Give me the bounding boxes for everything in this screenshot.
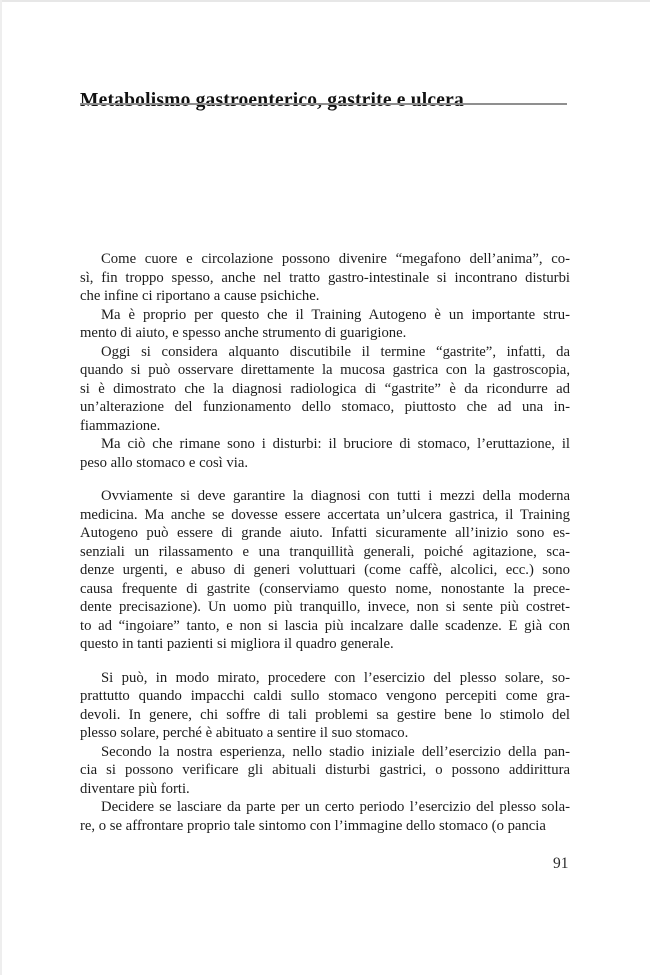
text-line: denze urgenti, e abuso di generi voluttu… [80,561,570,580]
text-line: diventare più forti. [80,780,570,799]
paragraph: Come cuore e circolazione possono diveni… [80,250,570,306]
paragraph: Ovviamente si deve garantire la diagnosi… [80,487,570,654]
text-line: Ovviamente si deve garantire la diagnosi… [80,487,570,506]
text-line: dente precisazione). Un uomo più tranqui… [80,598,570,617]
text-line: Decidere se lasciare da parte per un cer… [80,798,570,817]
book-page: Metabolismo gastroenterico, gastrite e u… [0,0,650,975]
paragraph: Decidere se lasciare da parte per un cer… [80,798,570,835]
text-line: sì, fin troppo spesso, anche nel tratto … [80,269,570,288]
text-line: Ma ciò che rimane sono i disturbi: il br… [80,435,570,454]
body-text: Come cuore e circolazione possono diveni… [80,250,570,835]
scan-edge-top [0,0,650,2]
page-number: 91 [553,855,569,873]
scan-edge-left [0,0,2,975]
paragraph: Ma è proprio per questo che il Training … [80,306,570,343]
text-line: plesso solare, perché è abituato a senti… [80,724,570,743]
paragraph: Ma ciò che rimane sono i disturbi: il br… [80,435,570,472]
text-line: che infine ci riportano a cause psichich… [80,287,570,306]
text-line: quando si può osservare direttamente la … [80,361,570,380]
text-line: Oggi si considera alquanto discutibile i… [80,343,570,362]
text-line: Secondo la nostra esperienza, nello stad… [80,743,570,762]
text-line: Autogeno può essere di grande aiuto. Inf… [80,524,570,543]
text-line: fiammazione. [80,417,570,436]
text-line: re, o se affrontare proprio tale sintomo… [80,817,570,836]
paragraph: Si può, in modo mirato, procedere con l’… [80,669,570,743]
text-line: Come cuore e circolazione possono diveni… [80,250,570,269]
text-line: un’alterazione del funzionamento dello s… [80,398,570,417]
text-line: senziali un rilassamento e una tranquill… [80,543,570,562]
paragraph: Oggi si considera alquanto discutibile i… [80,343,570,436]
text-line: medicina. Ma anche se dovesse essere acc… [80,506,570,525]
text-line: si è dimostrato che la diagnosi radiolog… [80,380,570,399]
chapter-title: Metabolismo gastroenterico, gastrite e u… [80,90,570,112]
text-line: peso allo stomaco e così via. [80,454,570,473]
paragraph: Secondo la nostra esperienza, nello stad… [80,743,570,799]
text-line: to ad “ingoiare” tanto, e non si lascia … [80,617,570,636]
text-line: Ma è proprio per questo che il Training … [80,306,570,325]
text-line: questo in tanti pazienti si migliora il … [80,635,570,654]
text-line: causa frequente di gastrite (conserviamo… [80,580,570,599]
text-line: devoli. In genere, chi soffre di tali pr… [80,706,570,725]
text-line: prattutto quando impacchi caldi sullo st… [80,687,570,706]
text-line: mento di aiuto, e spesso anche strumento… [80,324,570,343]
text-line: Si può, in modo mirato, procedere con l’… [80,669,570,688]
text-line: cia si possono verificare gli abituali d… [80,761,570,780]
title-rule [80,103,567,105]
